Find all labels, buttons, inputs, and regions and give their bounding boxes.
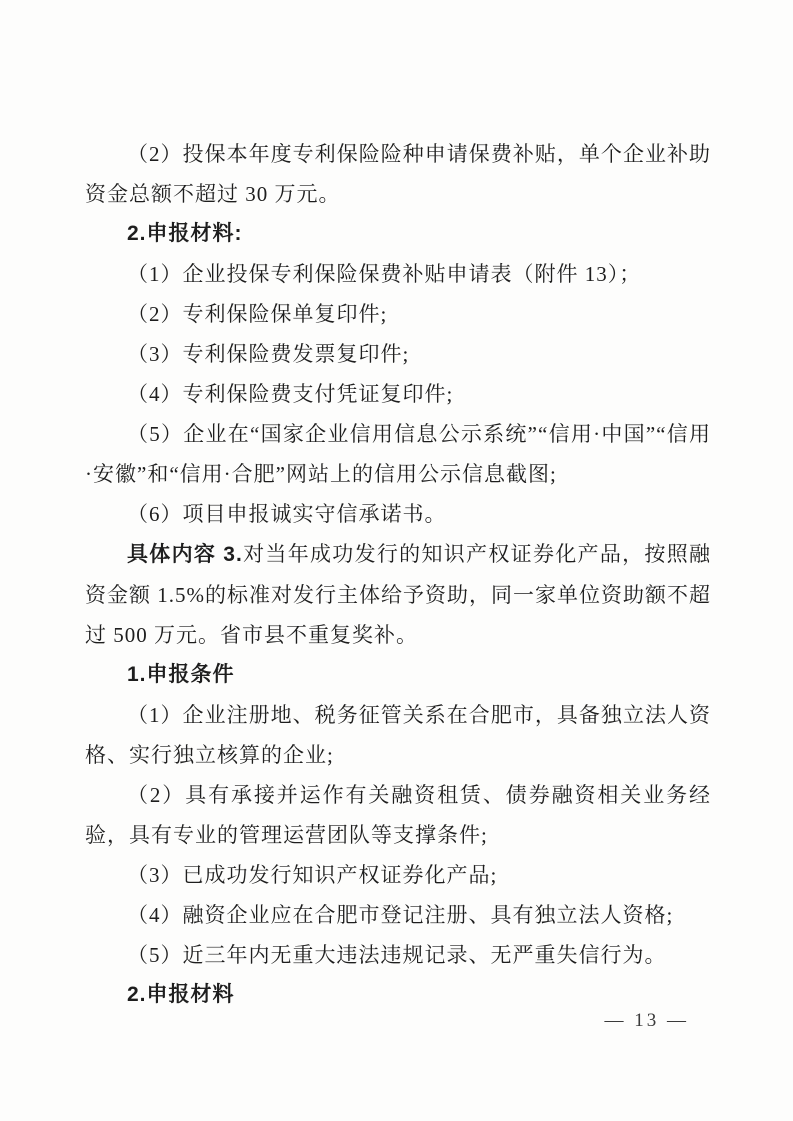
paragraph: （1）企业注册地、税务征管关系在合肥市，具备独立法人资格、实行独立核算的企业; <box>85 695 711 775</box>
paragraph: 具体内容 3.对当年成功发行的知识产权证券化产品，按照融资金额 1.5%的标准对… <box>85 534 711 655</box>
paragraph: （2）投保本年度专利保险险种申请保费补贴，单个企业补助资金总额不超过 30 万元… <box>85 134 711 214</box>
paragraph: （2）专利保险保单复印件; <box>85 294 711 334</box>
document-body: （2）投保本年度专利保险险种申请保费补贴，单个企业补助资金总额不超过 30 万元… <box>85 134 711 1015</box>
section-heading: 2.申报材料: <box>85 214 711 254</box>
paragraph: （3）已成功发行知识产权证券化产品; <box>85 855 711 895</box>
bold-lead: 具体内容 3. <box>127 543 243 566</box>
paragraph: （5）企业在“国家企业信用信息公示系统”“信用·中国”“信用·安徽”和“信用·合… <box>85 414 711 494</box>
document-page: （2）投保本年度专利保险险种申请保费补贴，单个企业补助资金总额不超过 30 万元… <box>0 0 793 1121</box>
paragraph: （4）融资企业应在合肥市登记注册、具有独立法人资格; <box>85 895 711 935</box>
paragraph: （2）具有承接并运作有关融资租赁、债券融资相关业务经验，具有专业的管理运营团队等… <box>85 775 711 855</box>
section-heading: 1.申报条件 <box>85 655 711 695</box>
paragraph: （4）专利保险费支付凭证复印件; <box>85 374 711 414</box>
paragraph: （5）近三年内无重大违法违规记录、无严重失信行为。 <box>85 935 711 975</box>
page-number: — 13 — <box>605 1006 690 1036</box>
paragraph: （6）项目申报诚实守信承诺书。 <box>85 494 711 534</box>
paragraph: （1）企业投保专利保险保费补贴申请表（附件 13）； <box>85 254 711 294</box>
paragraph: （3）专利保险费发票复印件; <box>85 334 711 374</box>
